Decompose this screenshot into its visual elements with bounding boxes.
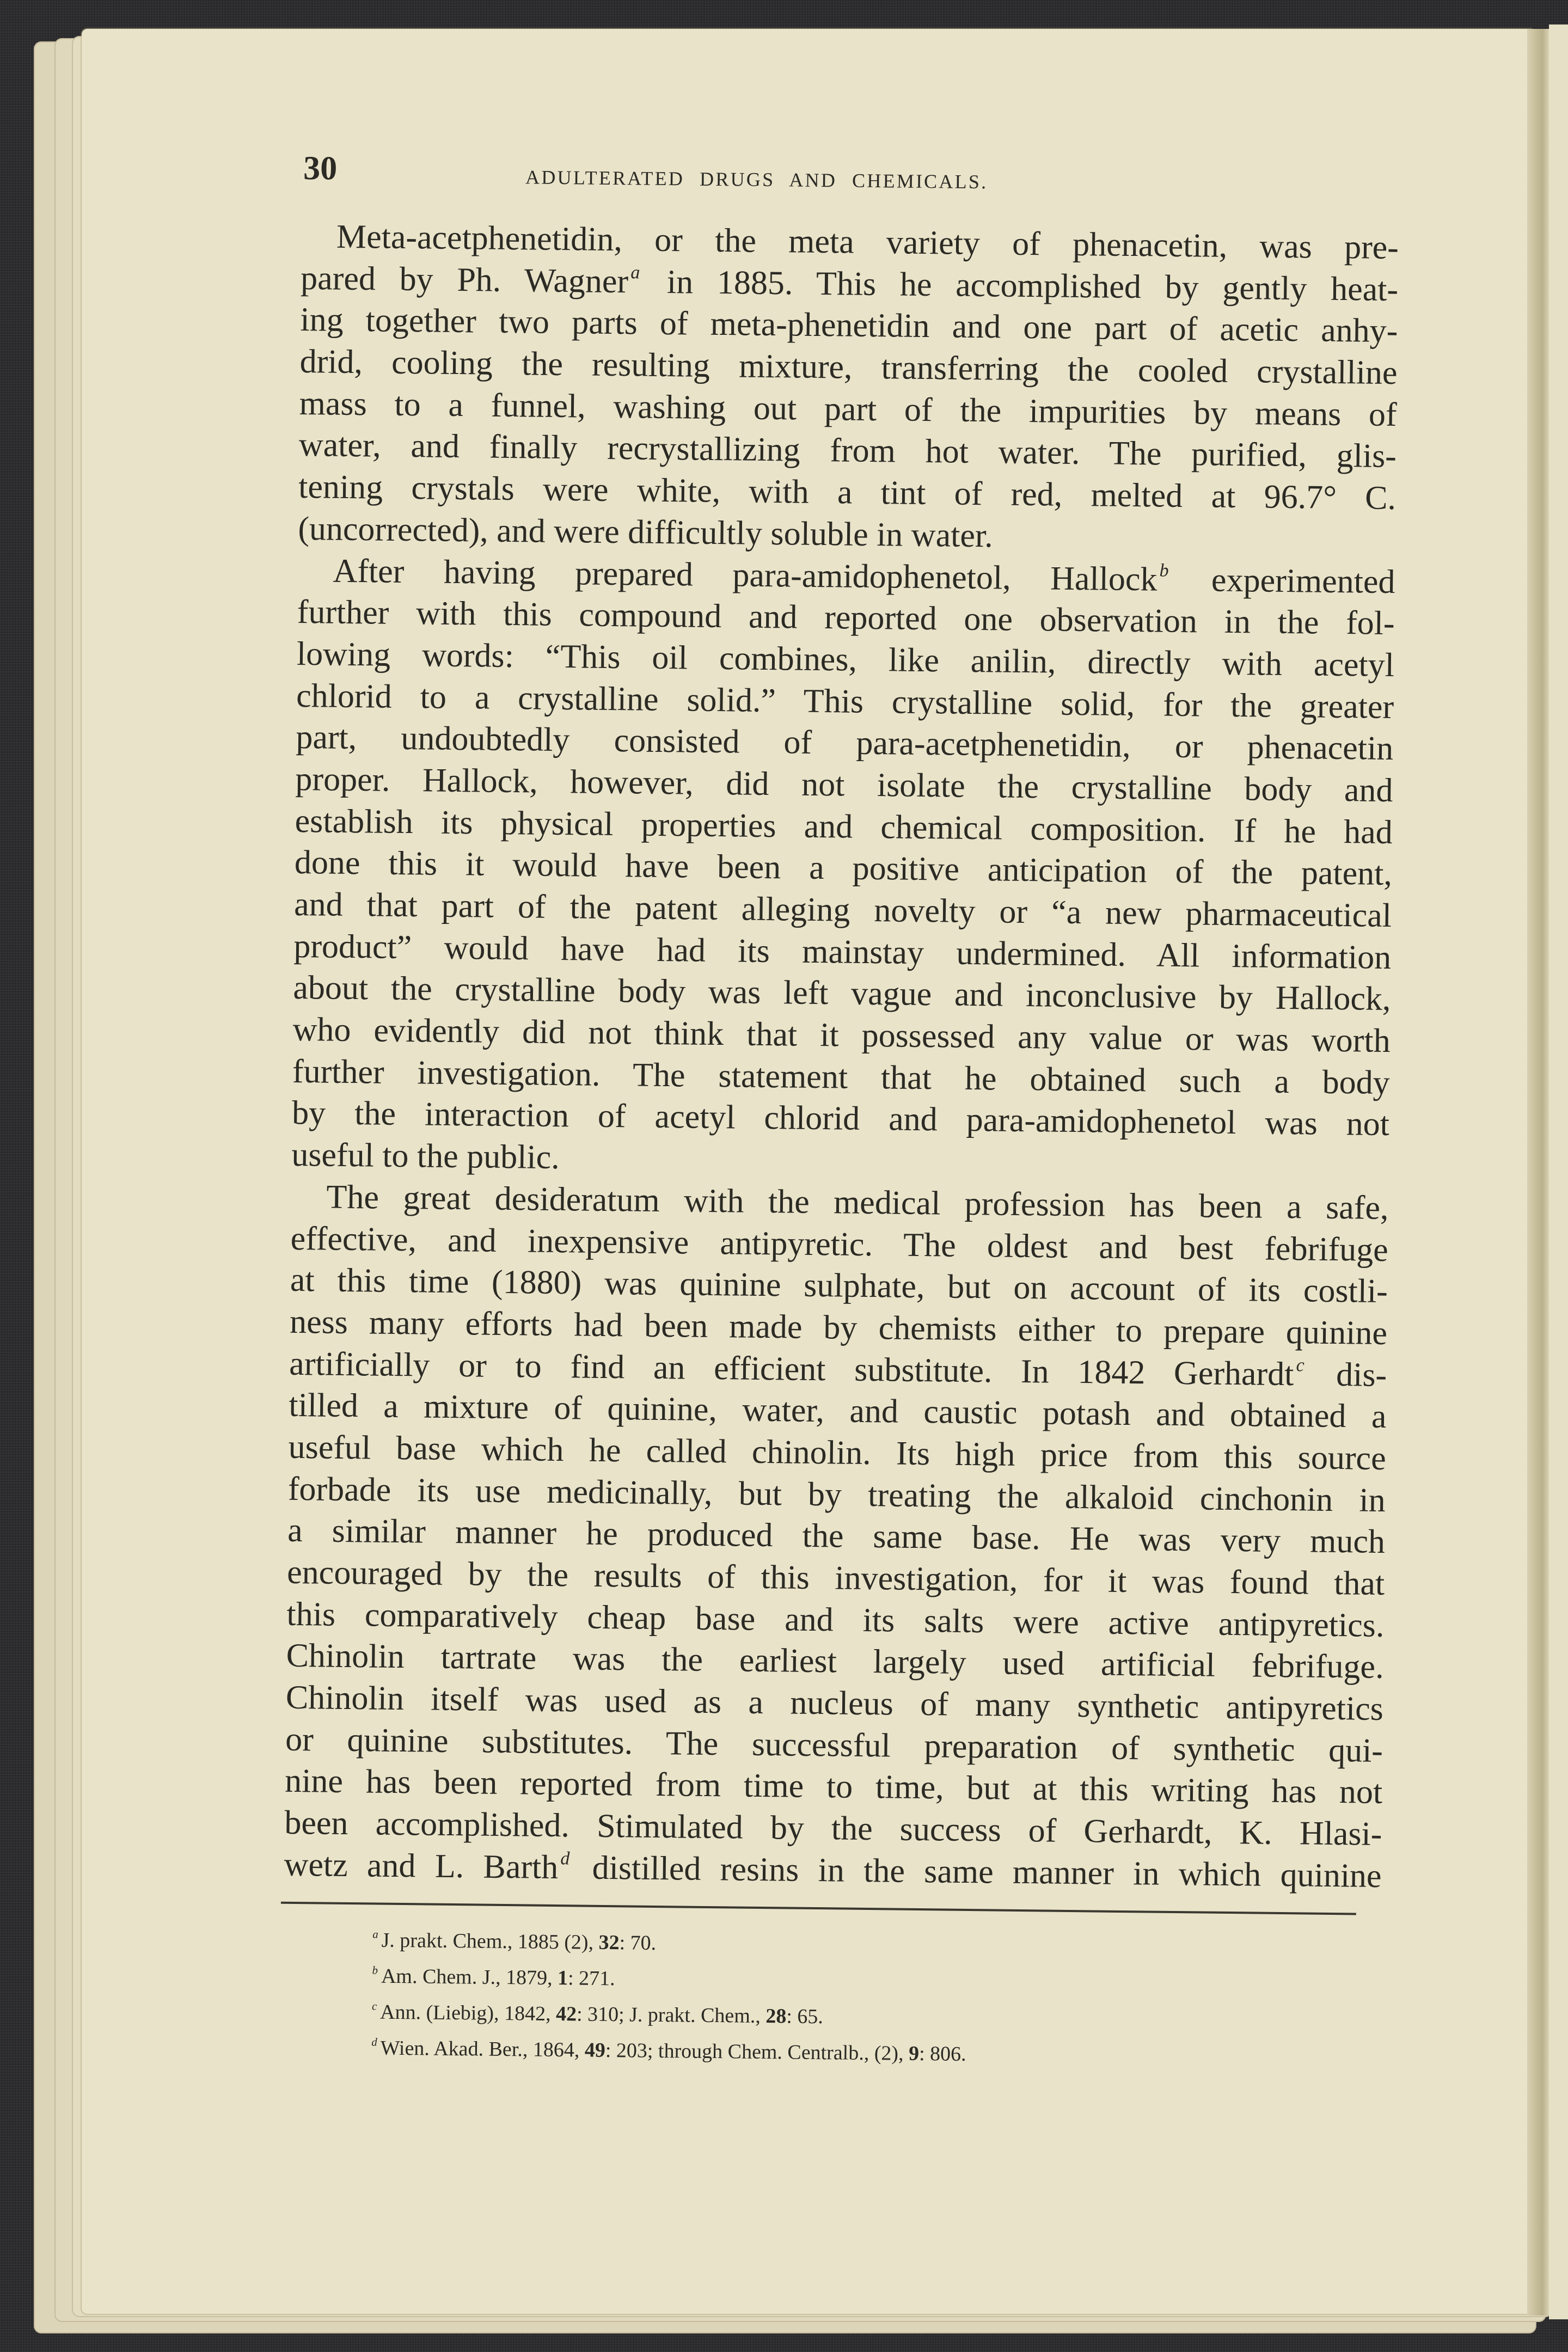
- running-head: 30 ADULTERATED DRUGS AND CHEMICALS.: [302, 152, 1400, 196]
- volume-number: 42: [556, 2002, 577, 2025]
- volume-number: 32: [598, 1931, 619, 1954]
- volume-number: 49: [585, 2039, 605, 2062]
- volume-number: 28: [765, 2005, 786, 2028]
- footnote-marker: d: [560, 1848, 569, 1869]
- footnote-marker: d: [371, 2036, 377, 2049]
- book-gutter: [1527, 29, 1549, 2316]
- footnote-marker: a: [630, 262, 640, 283]
- footnote-rule: [281, 1902, 1356, 1915]
- footnote-marker: b: [1160, 560, 1169, 580]
- body-text: Meta-acetphenetidin, or the meta variety…: [284, 216, 1399, 1897]
- volume-number: 1: [558, 1967, 568, 1989]
- footnotes: aJ. prakt. Chem., 1885 (2), 32: 70.bAm. …: [369, 1922, 1351, 2076]
- footnote-marker: c: [1296, 1355, 1304, 1375]
- facing-page-edge: [1549, 24, 1568, 2319]
- text-block: 30 ADULTERATED DRUGS AND CHEMICALS. Meta…: [303, 29, 1401, 40]
- running-title: ADULTERATED DRUGS AND CHEMICALS.: [525, 167, 988, 192]
- page-number: 30: [303, 152, 338, 185]
- footnote-marker: c: [372, 2000, 377, 2013]
- volume-number: 9: [909, 2042, 919, 2065]
- book-page: 30 ADULTERATED DRUGS AND CHEMICALS. Meta…: [82, 29, 1535, 2314]
- footnote-marker: a: [372, 1928, 378, 1941]
- footnote-marker: b: [372, 1964, 378, 1977]
